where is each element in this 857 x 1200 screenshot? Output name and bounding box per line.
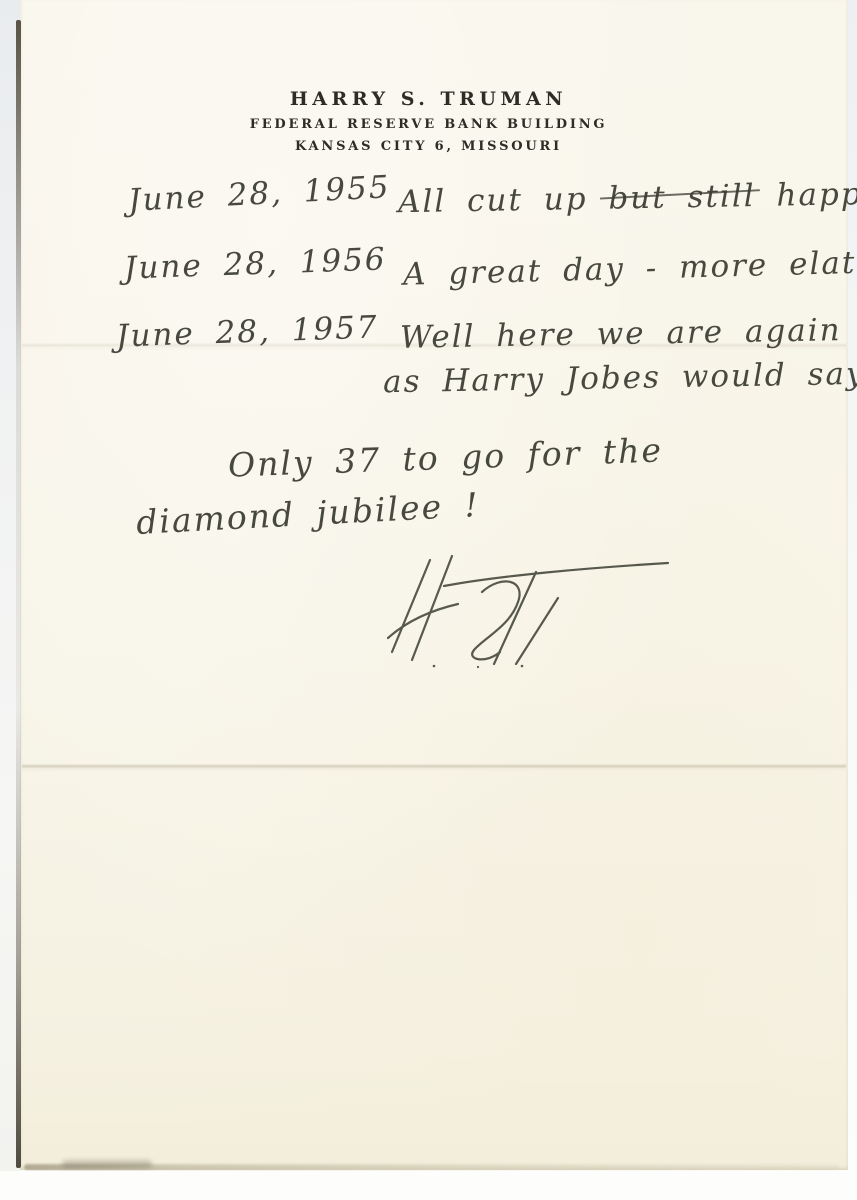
hst-signature: [386, 554, 671, 672]
scan-background-bottom: [0, 1171, 857, 1200]
letterhead-address-line2: KANSAS CITY 6, MISSOURI: [0, 139, 857, 154]
letterhead-name: HARRY S. TRUMAN: [0, 88, 857, 110]
letterhead-address-line1: FEDERAL RESERVE BANK BUILDING: [0, 117, 857, 132]
signature-ink-dot-3: [521, 665, 524, 668]
entry-1-note-struck: but still: [608, 178, 756, 217]
fold-crease-main: [22, 760, 846, 772]
entry-1-note-start: All cut up: [398, 181, 588, 220]
entry-1-note-end: happy.: [776, 176, 857, 214]
signature-t-stem: [494, 572, 536, 664]
scanned-letter: HARRY S. TRUMAN FEDERAL RESERVE BANK BUI…: [0, 0, 857, 1200]
paper-left-edge-shadow: [16, 20, 21, 1168]
signature-h-stroke-1: [392, 560, 430, 652]
signature-s-loop: [472, 581, 519, 659]
paper-bottom-smudge: [62, 1160, 152, 1168]
signature-t-crossbar: [444, 563, 668, 586]
signature-ink-dot-1: [433, 665, 436, 668]
letterhead: HARRY S. TRUMAN FEDERAL RESERVE BANK BUI…: [0, 88, 857, 154]
signature-t-stem-2: [516, 598, 558, 664]
entry-3-note: Well here we are again: [400, 312, 842, 356]
signature-ink-dot-2: [477, 666, 479, 668]
